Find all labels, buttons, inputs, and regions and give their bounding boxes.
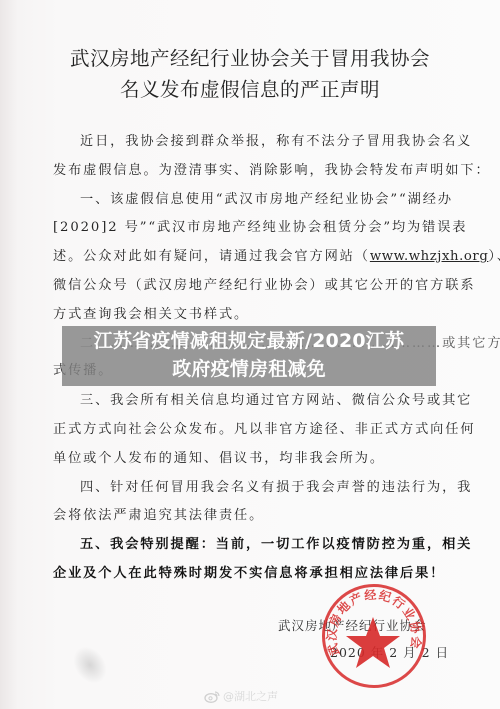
article-title[interactable]: 江苏省疫情减租规定最新/2020江苏 政府疫情房租减免	[62, 327, 436, 383]
paragraph-line: 四、针对任何冒用我会名义有损于我会声誉的违法行为，我	[80, 476, 435, 495]
paragraph-text: 述。公众对此如有疑问，请通过我会官方网站（	[53, 249, 370, 264]
paragraph-line: 方式查询我会相关文书样式。	[53, 303, 433, 322]
paragraph-line: 近日，我协会接到群众举报，称有不法分子冒用我协会名义	[80, 130, 435, 149]
paragraph-line: 微信公众号（武汉房地产经纪行业协会）或其它公开的官方联系	[53, 274, 433, 293]
paragraph-line-bold: 企业及个人在此特殊时期发不实信息将承担相应法律后果！	[53, 562, 433, 581]
document-title-line-2: 名义发布虚假信息的严正声明	[0, 74, 500, 102]
star-icon	[343, 615, 403, 671]
paragraph-line: 发布虚假信息。为澄清事实、消除影响，我协会特发布声明如下：	[53, 159, 433, 178]
paragraph-line: 三、我会所有相关信息均通过官方网站、微信公众号或其它	[80, 389, 435, 408]
official-website-link[interactable]: www.whzjxh.org	[370, 249, 489, 264]
paragraph-line: 单位或个人发布的通知、倡议书，均非我会所为。	[53, 447, 433, 466]
paragraph-line: 一、该虚假信息使用“武汉市房地产经纪业协会”“湖经办	[80, 188, 435, 207]
scan-smudge	[66, 640, 114, 690]
paragraph-text: ）、	[488, 249, 500, 264]
article-title-line-2: 政府疫情房租减免	[62, 355, 436, 383]
watermark-text: @湖北之声	[223, 688, 278, 704]
article-title-line-1: 江苏省疫情减租规定最新/2020江苏	[62, 327, 436, 355]
paragraph-line: 述。公众对此如有疑问，请通过我会官方网站（www.whzjxh.org）、	[53, 245, 433, 264]
source-watermark: @湖北之声	[204, 688, 278, 704]
weibo-icon	[204, 690, 220, 703]
paragraph-line: [2020]2 号”“武汉市房地产经纯业协会租赁分会”均为错误表	[53, 216, 433, 235]
document-title-line-1: 武汉房地产经纪行业协会关于冒用我协会	[0, 43, 500, 71]
paragraph-line: 正式方式向社会公众发布。凡以非官方途径、非正式方式向任何	[53, 418, 433, 437]
paragraph-line-bold: 五、我会特别提醒：当前，一切工作以疫情防控为重，相关	[80, 533, 435, 552]
paragraph-line: 会将依法严肃追究其法律责任。	[53, 504, 433, 523]
